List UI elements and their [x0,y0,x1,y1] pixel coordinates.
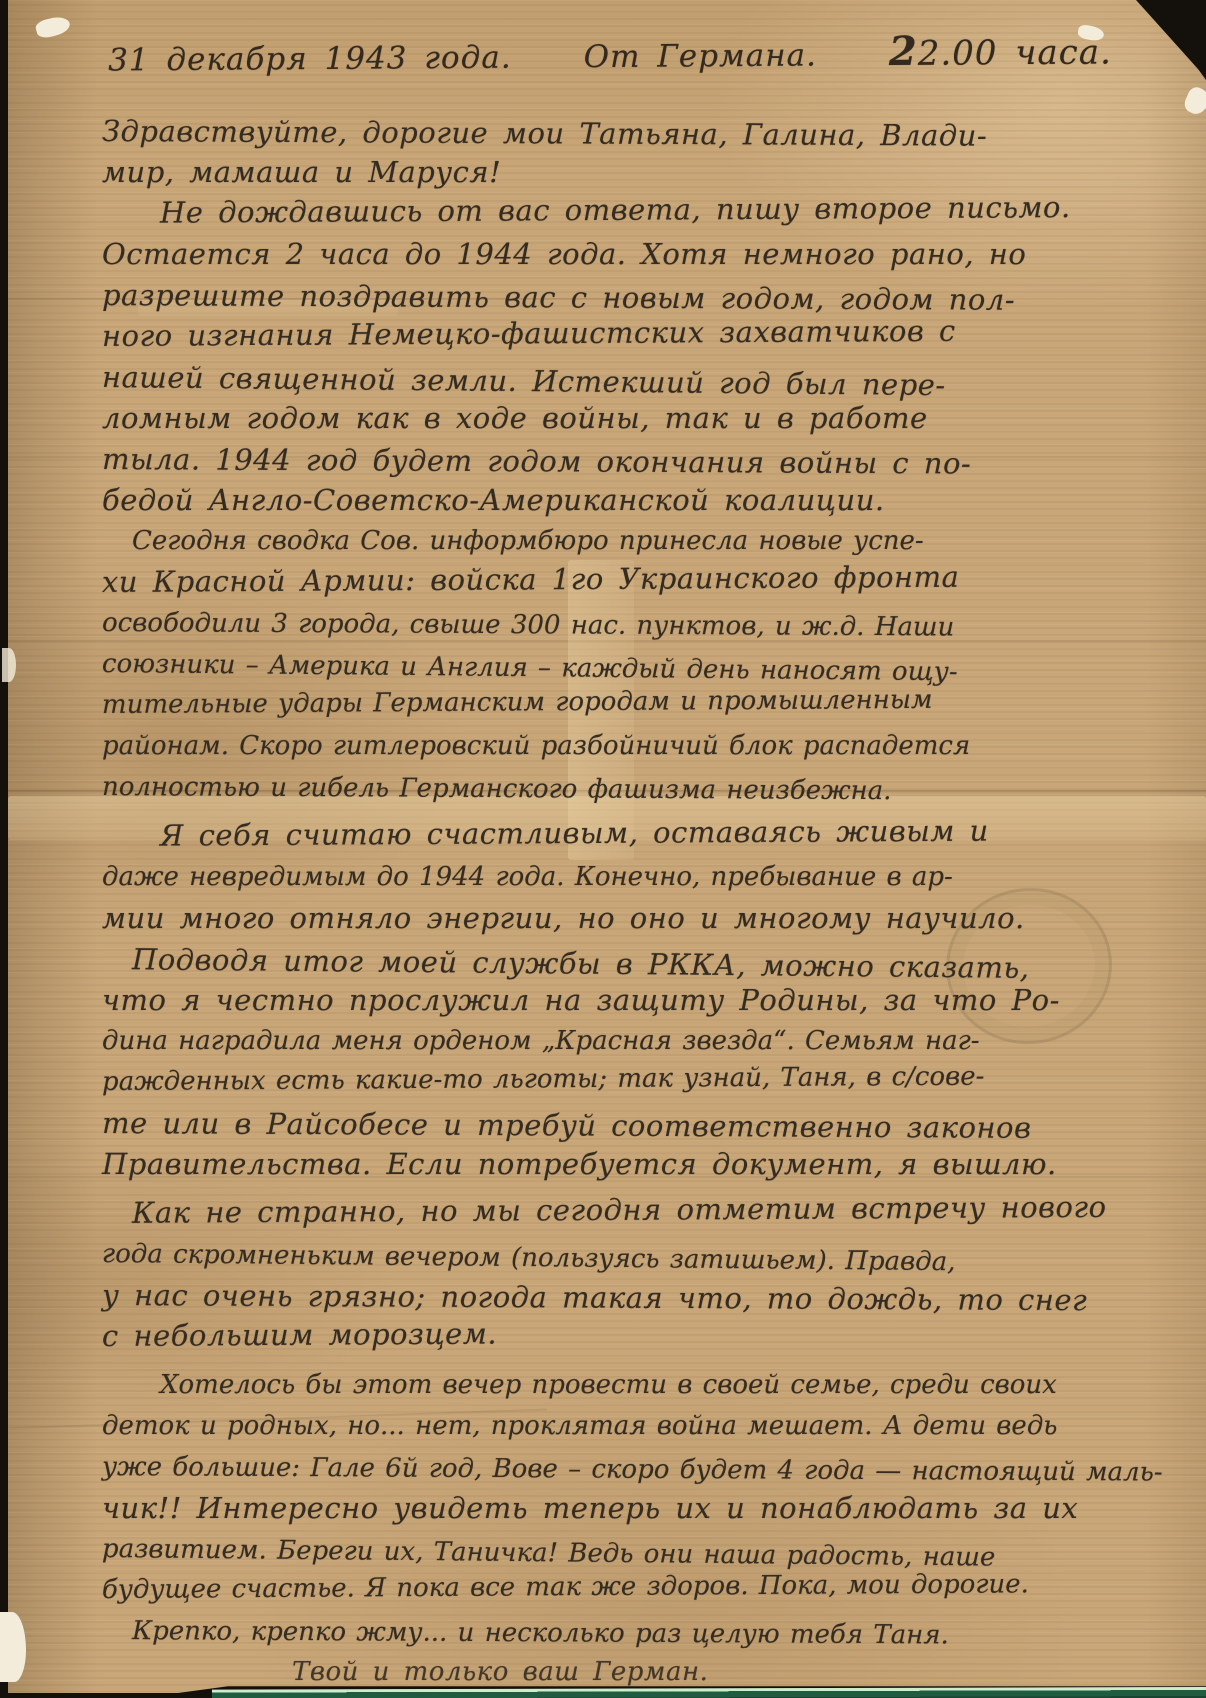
letter-line: те или в Райсобесе и требуй соответствен… [102,1103,1142,1149]
paper-tear [2,648,16,682]
letter-line: ражденных есть какие-то льготы; так узна… [102,1056,1142,1103]
letter-line: Я себя считаю счастливым, оставаясь живы… [102,810,1142,857]
date-line: 31 декабря 1943 года. От Германа. 22.00 … [8,0,1206,81]
scanned-letter: 31 декабря 1943 года. От Германа. 22.00 … [0,0,1206,1698]
letter-line: даже невредимым до 1944 года. Конечно, п… [102,857,1142,898]
letter-line: чик!! Интересно увидеть теперь их и пона… [102,1488,1142,1529]
letter-line: Как не странно, но мы сегодня отметим вс… [102,1187,1142,1234]
letter-line: Хотелось бы этот вечер провести в своей … [102,1365,1142,1406]
letter-line: бедой Англо-Советско-Американской коалиц… [102,480,1142,521]
letter-line: полностью и гибель Германского фашизма н… [102,767,1142,813]
letter-line: хи Красной Армии: войска 1го Украинского… [102,556,1142,603]
letter-line: будущее счастье. Я пока все так же здоро… [102,1564,1142,1611]
letter-line: с небольшим морозцем. [102,1310,1142,1357]
letter-line: тительные удары Германским городам и про… [102,679,1142,726]
letter-line: Здравствуйте, дорогие мои Татьяна, Галин… [102,111,1142,157]
letter-line: деток и родных, но... нет, проклятая вой… [102,1406,1142,1447]
letter-line: мии много отняло энергии, но оно и много… [102,898,1142,939]
letter-line: тыла. 1944 год будет годом окончания вой… [102,439,1142,485]
letter-line: ного изгнания Немецко-фашистских захватч… [102,310,1142,357]
letter-sender: От Германа. [584,38,818,76]
letter-line: освободили 3 города, свыше 300 нас. пунк… [102,603,1142,649]
letter-line: уже большие: Гале 6й год, Вове – скоро б… [102,1447,1142,1493]
letter-page: 31 декабря 1943 года. От Германа. 22.00 … [8,0,1206,1693]
letter-date: 31 декабря 1943 года. [108,40,512,79]
letter-body: Здравствуйте, дорогие мои Татьяна, Галин… [8,111,1206,1693]
letter-line: районам. Скоро гитлеровский разбойничий … [102,726,1142,767]
scanner-edge-strip [212,1687,1206,1698]
letter-line: Крепко, крепко жму... и несколько раз це… [102,1611,1142,1657]
letter-line: Не дождавшись от вас ответа, пишу второе… [102,187,1142,234]
letter-line: Правительства. Если потребуется документ… [102,1144,1142,1185]
letter-line: Остается 2 часа до 1944 года. Хотя немно… [102,234,1142,275]
